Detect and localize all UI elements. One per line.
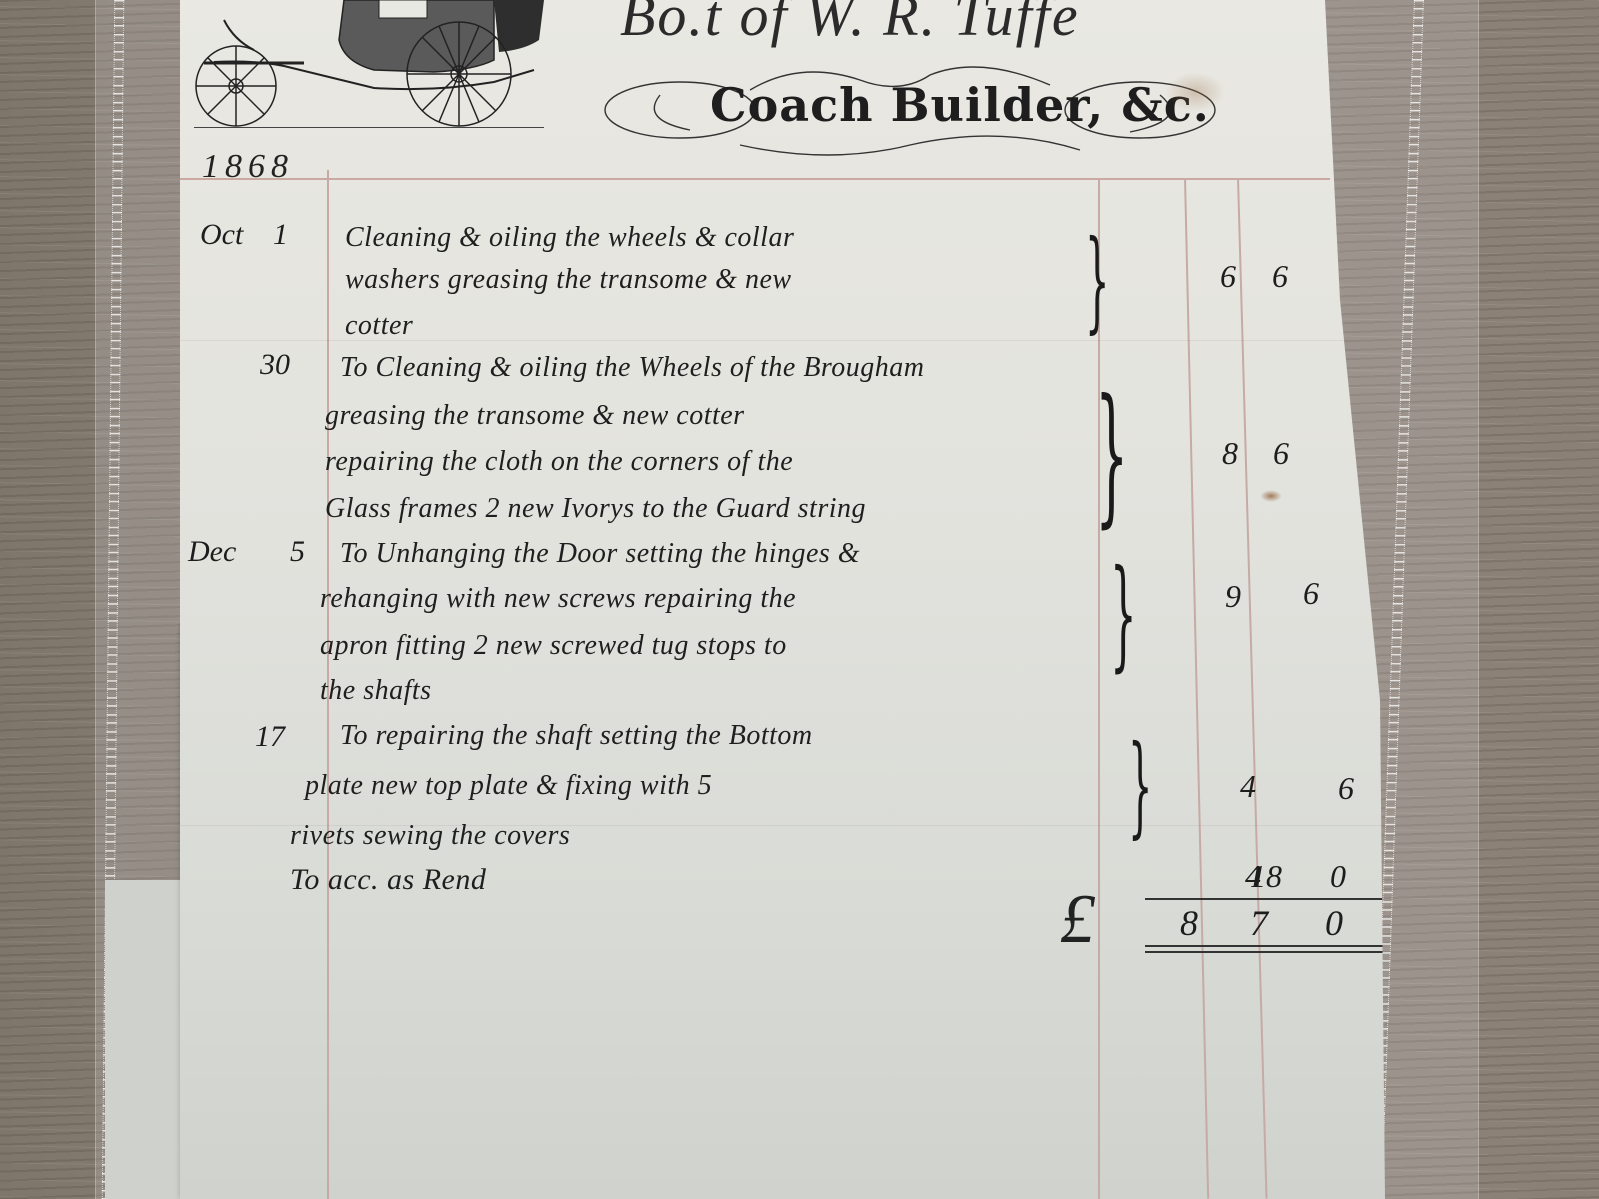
- total-shillings: 7: [1250, 902, 1268, 944]
- entry-description-line: cotter: [345, 310, 413, 342]
- invoice-document: Bo.t of W. R. Tuffe Coach Builder, &c. 1…: [180, 0, 1385, 1199]
- total-pounds: 8: [1180, 902, 1198, 944]
- letterhead-vendor-name: Bo.t of W. R. Tuffe: [620, 0, 1080, 49]
- entry-pence: 6: [1273, 435, 1289, 472]
- foxing-stain: [1165, 72, 1225, 112]
- entry-description-line: To Cleaning & oiling the Wheels of the B…: [340, 352, 925, 384]
- entry-description-line: To repairing the shaft setting the Botto…: [340, 720, 813, 752]
- entry-day: 30: [260, 348, 290, 382]
- header-rule: [180, 178, 1330, 180]
- entry-shillings: 6: [1220, 258, 1236, 295]
- entry-description-line: repairing the cloth on the corners of th…: [325, 446, 793, 478]
- total-double-rule-bottom: [1145, 951, 1400, 953]
- entry-description-line: washers greasing the transome & new: [345, 264, 792, 296]
- entry-shillings: 8: [1222, 435, 1238, 472]
- total-double-rule-top: [1145, 945, 1400, 947]
- entry-shillings: 4: [1240, 768, 1256, 805]
- entry-description-line: Glass frames 2 new Ivorys to the Guard s…: [325, 493, 866, 525]
- pounds-column-rule: [1184, 178, 1209, 1199]
- brace-icon: }: [1128, 730, 1153, 840]
- account-shillings: 18: [1250, 858, 1282, 895]
- entry-month: Dec: [188, 535, 236, 569]
- account-rendered-label: To acc. as Rend: [290, 863, 486, 897]
- entry-description-line: rehanging with new screws repairing the: [320, 583, 796, 615]
- entry-day: 17: [255, 720, 285, 754]
- carriage-engraving-icon: [194, 0, 544, 128]
- pound-sign: £: [1060, 880, 1095, 960]
- entry-pence: 6: [1272, 258, 1288, 295]
- shillings-column-rule: [1237, 178, 1268, 1199]
- entry-description-line: greasing the transome & new cotter: [325, 400, 745, 432]
- letterhead-trade: Coach Builder, &c.: [710, 78, 1210, 132]
- entry-pence: 6: [1338, 770, 1354, 807]
- brace-icon: }: [1110, 555, 1137, 675]
- entry-description-line: plate new top plate & fixing with 5: [305, 770, 712, 802]
- entry-description-line: apron fitting 2 new screwed tug stops to: [320, 630, 787, 662]
- entry-shillings: 9: [1225, 578, 1241, 615]
- entry-month: Oct: [200, 218, 243, 252]
- account-pence: 0: [1330, 858, 1346, 895]
- invoice-year: 1868: [202, 148, 294, 186]
- ink-stain: [1260, 490, 1282, 502]
- entry-description-line: To Unhanging the Door setting the hinges…: [340, 538, 860, 570]
- entry-day: 5: [290, 535, 305, 569]
- total-pence: 0: [1325, 902, 1343, 944]
- entry-description-line: the shafts: [320, 675, 432, 707]
- brace-icon: }: [1085, 225, 1110, 335]
- subtotal-rule: [1145, 898, 1395, 900]
- entry-day: 1: [273, 218, 288, 252]
- entry-description-line: Cleaning & oiling the wheels & collar: [345, 222, 794, 254]
- brace-icon: }: [1095, 380, 1128, 530]
- entry-pence: 6: [1303, 575, 1319, 612]
- entry-description-line: rivets sewing the covers: [290, 820, 570, 852]
